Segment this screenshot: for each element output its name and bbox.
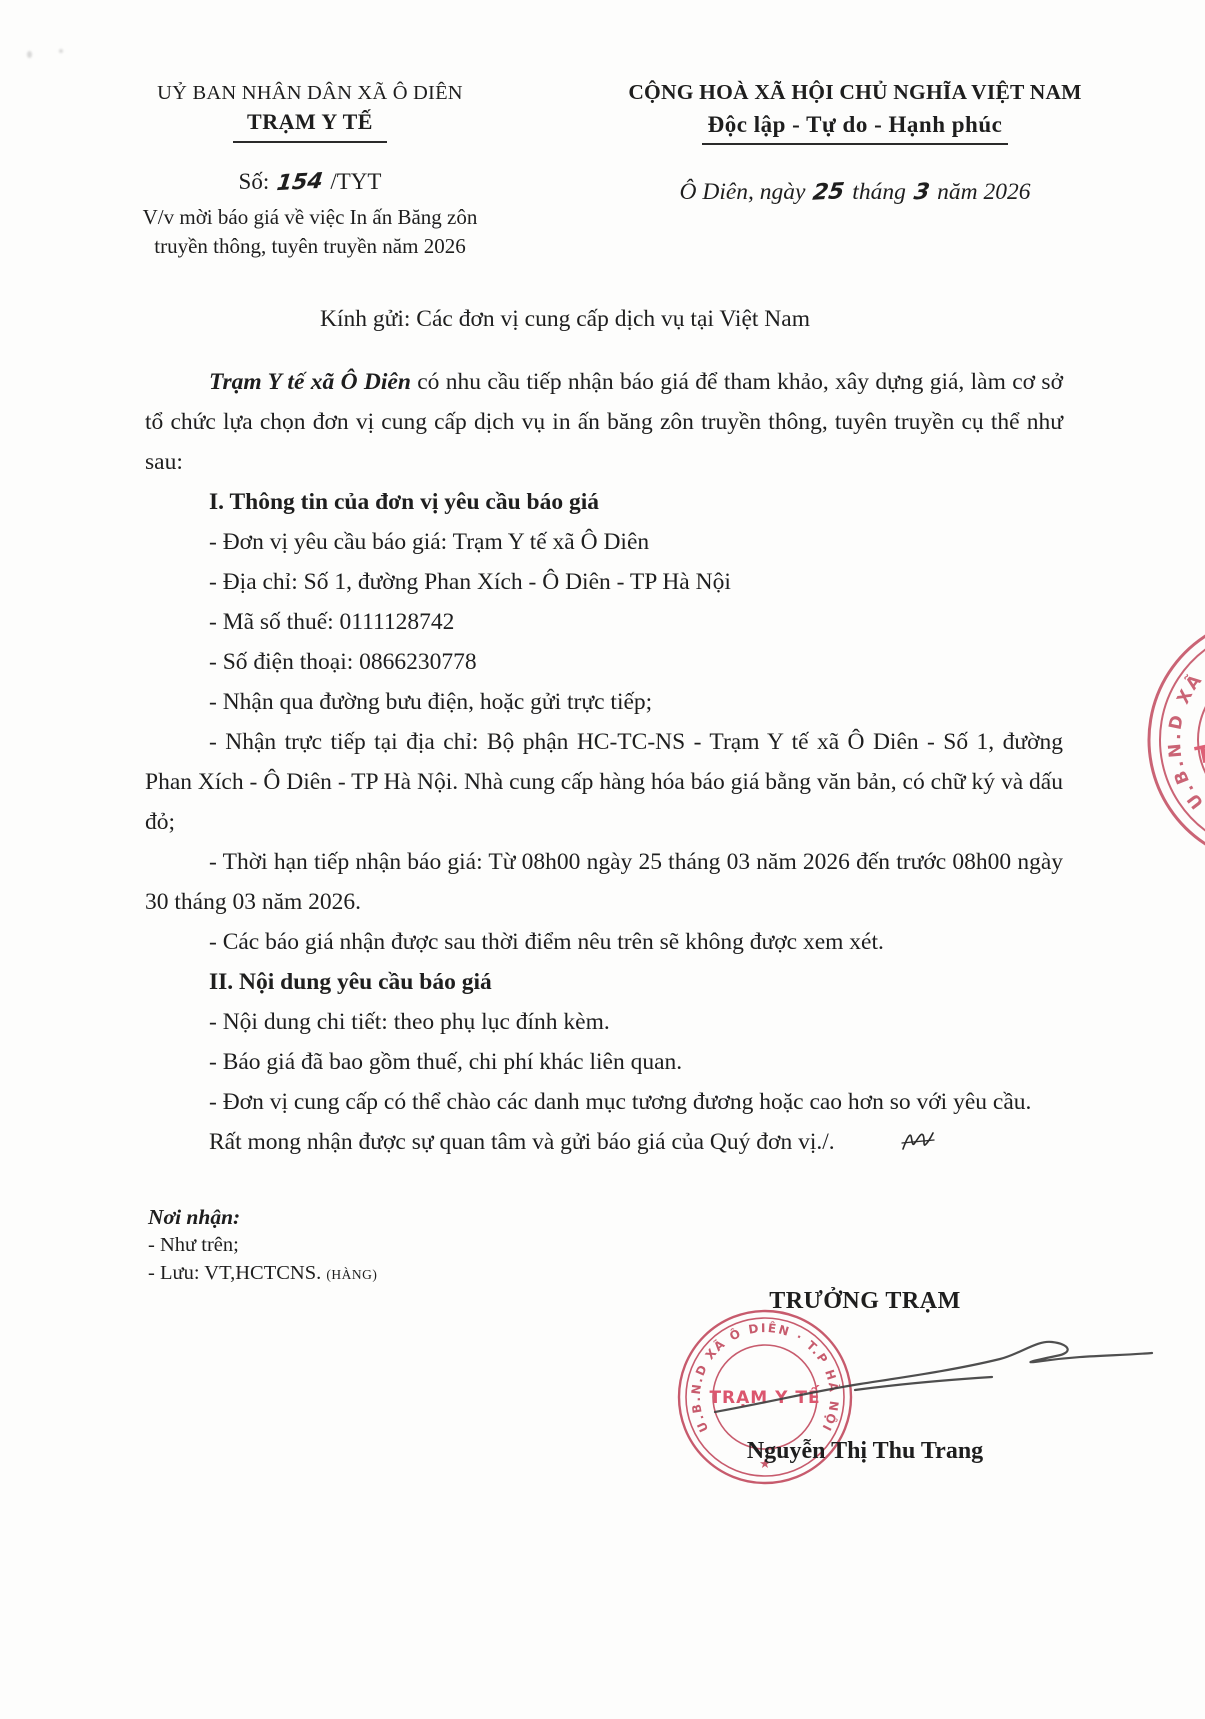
section-2-heading: II. Nội dung yêu cầu báo giá (145, 962, 1063, 1002)
signer-name: Nguyễn Thị Thu Trang (630, 1438, 1100, 1465)
document-number-label: Số: (239, 169, 270, 194)
scan-noise-speck (59, 49, 63, 53)
national-motto-line-2: Độc lập - Tự do - Hạnh phúc (702, 112, 1009, 145)
section-2-item: - Đơn vị cung cấp có thể chào các danh m… (145, 1082, 1063, 1122)
subject-line-2: truyền thông, tuyên truyền năm 2026 (85, 232, 535, 261)
recipients-block: Nơi nhận: - Như trên; - Lưu: VT,HCTCNS. … (148, 1203, 377, 1289)
section-1-item: - Số điện thoại: 0866230778 (145, 642, 1063, 682)
document-subject: V/v mời báo giá về việc In ấn Băng zôn t… (85, 203, 535, 261)
section-1-item: - Địa chỉ: Số 1, đường Phan Xích - Ô Diê… (145, 562, 1063, 602)
recipients-item-note: (HÀNG) (326, 1267, 377, 1282)
date-place-prefix: Ô Diên, ngày (680, 179, 806, 205)
date-suffix: năm 2026 (937, 179, 1030, 205)
section-2-item: - Báo giá đã bao gồm thuế, chi phí khác … (145, 1042, 1063, 1082)
issuing-unit-name: TRẠM Y TẾ (233, 109, 387, 143)
salutation-line: Kính gửi: Các đơn vị cung cấp dịch vụ tạ… (60, 306, 1070, 333)
document-body: Trạm Y tế xã Ô Diên có nhu cầu tiếp nhận… (145, 362, 1063, 1165)
section-1-item: - Mã số thuế: 0111128742 (145, 602, 1063, 642)
closing-paragraph: Rất mong nhận được sự quan tâm và gửi bá… (145, 1122, 1063, 1165)
handwritten-signature (690, 1322, 1160, 1432)
section-1-item: - Thời hạn tiếp nhận báo giá: Từ 08h00 n… (145, 842, 1063, 922)
recipients-item: - Như trên; (148, 1231, 377, 1259)
date-mid: tháng (852, 179, 906, 205)
intro-paragraph: Trạm Y tế xã Ô Diên có nhu cầu tiếp nhận… (145, 362, 1063, 482)
place-date-line: Ô Diên, ngày 25 tháng 3 năm 2026 (565, 179, 1145, 206)
section-2-item: - Nội dung chi tiết: theo phụ lục đính k… (145, 1002, 1063, 1042)
national-motto-line-1: CỘNG HOÀ XÃ HỘI CHỦ NGHĨA VIỆT NAM (565, 80, 1145, 105)
date-month-handwritten: 3 (910, 179, 933, 206)
recipients-item: - Lưu: VT,HCTCNS. (HÀNG) (148, 1259, 377, 1289)
date-day-handwritten: 25 (810, 178, 849, 206)
parent-agency-name: UỶ BAN NHÂN DÂN XÃ Ô DIÊN (85, 82, 535, 105)
section-1-item: - Nhận trực tiếp tại địa chỉ: Bộ phận HC… (145, 722, 1063, 842)
document-number-handwritten: 154 (273, 169, 326, 197)
subject-line-1: V/v mời báo giá về việc In ấn Băng zôn (85, 203, 535, 232)
section-1-item: - Các báo giá nhận được sau thời điểm nê… (145, 922, 1063, 962)
section-1-item: - Nhận qua đường bưu điện, hoặc gửi trực… (145, 682, 1063, 722)
issuing-agency-block: UỶ BAN NHÂN DÂN XÃ Ô DIÊN TRẠM Y TẾ Số: … (85, 82, 535, 261)
intro-lead: Trạm Y tế xã Ô Diên (209, 369, 411, 395)
closing-text: Rất mong nhận được sự quan tâm và gửi bá… (209, 1129, 835, 1155)
section-1-heading: I. Thông tin của đơn vị yêu cầu báo giá (145, 482, 1063, 522)
handwritten-paraph-mark (837, 1125, 935, 1165)
scan-noise-speck (27, 51, 32, 58)
section-1-item: - Đơn vị yêu cầu báo giá: Trạm Y tế xã Ô… (145, 522, 1063, 562)
recipients-label: Nơi nhận: (148, 1203, 377, 1231)
scanned-document-page: UỶ BAN NHÂN DÂN XÃ Ô DIÊN TRẠM Y TẾ Số: … (0, 0, 1205, 1719)
document-number-line: Số: 154 /TYT (85, 169, 535, 195)
national-header-block: CỘNG HOÀ XÃ HỘI CHỦ NGHĨA VIỆT NAM Độc l… (565, 80, 1145, 206)
recipients-item-text: - Lưu: VT,HCTCNS. (148, 1262, 321, 1284)
partial-red-stamp-edge: U.B.N.D XÃ Ô DIÊN · T.P HÀ NỘI TRẠM Y TẾ (1138, 605, 1205, 875)
document-number-suffix: /TYT (330, 169, 381, 194)
